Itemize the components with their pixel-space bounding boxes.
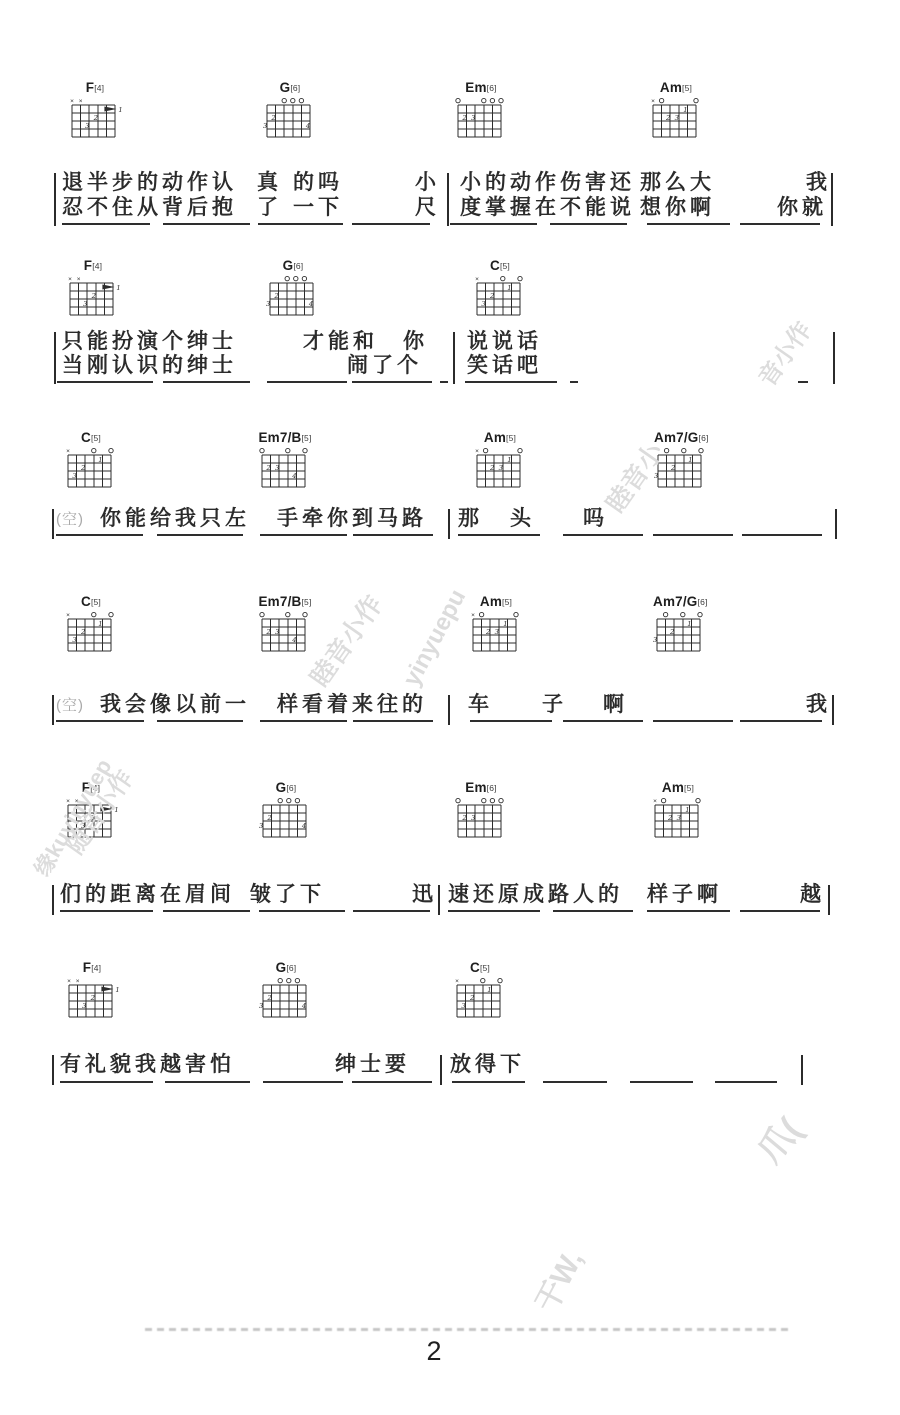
measure-barline [447,173,449,226]
melisma-underline [163,910,250,912]
melisma-underline [157,534,243,536]
open-string-marker [260,612,264,616]
melisma-underline [157,720,243,722]
muted-string-marker: × [455,978,459,985]
chord-grid: ××231 [66,273,126,319]
chord-name: Am[5] [473,430,527,445]
finger-number: 3 [83,300,87,308]
lyric-segment: 小 [415,172,440,193]
lyric-segment: 吗 [583,508,608,529]
finger-number: 2 [469,994,474,1002]
finger-number: 1 [98,456,102,464]
chord-fret-tag: [5] [502,597,512,607]
open-string-marker [699,448,703,452]
melisma-underline [470,720,552,722]
melisma-underline [550,223,627,225]
open-string-marker [482,98,486,102]
chord-diagram-g: G[6]234 [263,80,317,141]
open-string-marker [285,276,289,280]
open-string-marker [286,612,290,616]
chord-fret-tag: [5] [91,433,101,443]
lyric-segment: 闹了个 [347,355,422,376]
chord-name: Em[6] [454,780,508,795]
lyric-rest-marker: (空) [56,512,84,527]
muted-string-marker: × [471,612,475,619]
open-string-marker [295,798,299,802]
melisma-underline [352,223,430,225]
chord-fret-tag: [6] [699,433,709,443]
chord-fret-tag: [5] [301,597,311,607]
measure-barline [52,509,54,539]
melisma-underline [62,223,150,225]
lyric-segment: 退半步的动作认 [62,172,237,193]
chord-name: C[5] [453,960,507,975]
open-string-marker [291,98,295,102]
chord-grid: 123 [654,445,714,491]
finger-number: 3 [495,628,499,636]
lyric-segment: 真 [257,172,282,193]
lyric-segment: 有礼貌我越害怕 [60,1054,235,1075]
chord-name: C[5] [473,258,527,273]
lyric-segment: 啊 [603,694,628,715]
finger-number: 4 [301,822,306,830]
chord-name: Am[5] [469,594,523,609]
melisma-underline [260,534,347,536]
chord-grid: ×123 [64,609,124,655]
chord-diagram-am: Am[5]×123 [651,780,705,841]
lyric-segment: 只能扮演个绅士 [62,331,237,352]
lyric-segment: 皱了下 [250,884,325,905]
finger-number: 4 [291,472,296,480]
measure-barline [52,1055,54,1085]
chord-name: Am[5] [649,80,703,95]
chord-diagram-f: F[4]××231 [68,80,122,141]
open-string-marker [479,612,483,616]
chord-fret-tag: [4] [92,261,102,271]
open-string-marker [287,798,291,802]
chord-diagram-em7b: Em7/B[5]234 [258,430,312,491]
chord-diagram-c: C[5]×123 [64,594,118,655]
lyric-rest-marker: (空) [56,698,84,713]
chord-grid: 234 [266,273,326,319]
lyric-segment: 你 [403,331,428,352]
measure-barline [453,332,455,384]
measure-barline [52,695,54,725]
muted-string-marker: × [66,612,70,619]
muted-string-marker: × [75,798,79,805]
muted-string-marker: × [475,448,479,455]
lyric-segment: 绅士要 [335,1054,410,1075]
finger-number: 4 [291,636,296,644]
open-string-marker [659,98,663,102]
chord-grid: ×123 [473,445,533,491]
lyric-segment: 你就 [777,197,827,218]
chord-fret-tag: [6] [487,783,497,793]
chord-grid: 234 [259,795,319,841]
open-string-marker [295,978,299,982]
finger-number: 2 [80,464,85,472]
melisma-underline [742,534,822,536]
finger-number: 2 [265,628,270,636]
finger-number: 2 [670,464,675,472]
open-string-marker [282,98,286,102]
open-string-marker [456,798,460,802]
lyric-segment: 我 [806,172,831,193]
finger-number: 2 [461,114,466,122]
chord-fret-tag: [5] [480,963,490,973]
muted-string-marker: × [76,978,80,985]
chord-name: G[6] [259,780,313,795]
finger-number: 3 [471,114,475,122]
lyric-segment: 想你啊 [640,197,715,218]
open-string-marker [661,798,665,802]
open-string-marker [456,98,460,102]
melisma-underline [740,720,822,722]
chord-grid: 234 [258,609,318,655]
finger-number: 1 [503,620,507,628]
melisma-underline [563,534,643,536]
finger-number: 1 [116,284,120,292]
finger-number: 3 [677,814,681,822]
chord-fret-tag: [4] [94,83,104,93]
finger-number: 3 [275,628,279,636]
finger-number: 1 [688,456,692,464]
chord-name: G[6] [259,960,313,975]
chord-diagram-f: F[4]××231 [65,960,119,1021]
melisma-underline [647,223,730,225]
chord-diagram-em7b: Em7/B[5]234 [258,594,312,655]
finger-number: 3 [85,122,89,130]
lyric-segment: 了 [257,197,282,218]
finger-number: 2 [80,628,85,636]
chord-name: Em7/B[5] [258,430,312,445]
chord-name: G[6] [263,80,317,95]
melisma-underline [263,1081,343,1083]
finger-number: 1 [118,106,122,114]
melisma-underline [165,1081,250,1083]
lyric-segment: 手牵你到马路 [277,508,427,529]
lyric-segment: 样子啊 [647,884,722,905]
finger-number: 3 [72,636,76,644]
finger-number: 4 [305,122,310,130]
finger-number: 1 [487,986,491,994]
melisma-underline [60,910,153,912]
melisma-underline [653,534,733,536]
finger-number: 1 [507,456,511,464]
open-string-marker [694,98,698,102]
chord-name: F[4] [66,258,120,273]
open-string-marker [490,98,494,102]
lyric-segment: 忍不住从背后抱 [62,197,237,218]
lyric-segment: 你能给我只左 [100,508,250,529]
chord-fret-tag: [5] [500,261,510,271]
measure-barline [833,332,835,384]
finger-number: 1 [683,106,687,114]
open-string-marker [499,98,503,102]
finger-number: 3 [499,464,503,472]
lyric-segment: 越 [800,884,825,905]
lyric-segment: 的吗 [293,172,343,193]
melisma-underline [267,381,347,383]
chord-diagram-f: F[4]××231 [64,780,118,841]
finger-number: 3 [82,1002,86,1010]
muted-string-marker: × [70,98,74,105]
finger-number: 2 [461,814,466,822]
finger-number: 2 [266,994,271,1002]
open-string-marker [501,276,505,280]
melisma-underline [653,720,733,722]
open-string-marker [518,276,522,280]
open-string-marker [92,448,96,452]
open-string-marker [696,798,700,802]
chord-fret-tag: [6] [487,83,497,93]
lyric-segment: 说说话 [467,331,542,352]
melisma-underline [740,223,820,225]
open-string-marker [260,448,264,452]
lyric-segment: 头 [510,508,535,529]
finger-number: 2 [265,464,270,472]
lyric-segment: 车 [468,694,493,715]
finger-number: 4 [308,300,313,308]
melisma-underline [450,223,537,225]
open-string-marker [278,798,282,802]
muted-string-marker: × [66,798,70,805]
melisma-underline [258,223,343,225]
melisma-underline [353,720,433,722]
open-string-marker [498,978,502,982]
melisma-underline [352,1081,432,1083]
chord-diagram-g: G[6]234 [259,780,313,841]
melisma-underline [630,1081,693,1083]
chord-diagram-c: C[5]×123 [64,430,118,491]
finger-number: 3 [675,114,679,122]
open-string-marker [518,448,522,452]
watermark-fragment: yinyuepu [398,585,472,691]
muted-string-marker: × [68,276,72,283]
chord-grid: ×123 [64,445,124,491]
chord-diagram-g: G[6]234 [259,960,313,1021]
chord-name: Am7/G[6] [653,594,707,609]
finger-number: 2 [489,464,494,472]
melisma-underline [465,381,557,383]
chord-diagram-f: F[4]××231 [66,258,120,319]
open-string-marker [92,612,96,616]
lyric-segment: 样看着来往的 [277,694,427,715]
finger-number: 2 [270,114,275,122]
finger-number: 1 [507,284,511,292]
open-string-marker [287,978,291,982]
chord-grid: ×123 [649,95,709,141]
watermark-fragment: 干W, [522,1241,591,1319]
lyric-segment: 子 [542,694,567,715]
measure-barline [440,1055,442,1085]
open-string-marker [482,798,486,802]
open-string-marker [514,612,518,616]
chord-fret-tag: [6] [698,597,708,607]
muted-string-marker: × [653,798,657,805]
measure-barline [835,509,837,539]
chord-fret-tag: [5] [506,433,516,443]
finger-number: 1 [114,806,118,814]
chord-fret-tag: [6] [293,261,303,271]
finger-number: 3 [266,300,270,308]
finger-number: 3 [481,300,485,308]
chord-grid: 234 [258,445,318,491]
melisma-underline [458,534,540,536]
chord-fret-tag: [4] [91,963,101,973]
chord-grid: 234 [263,95,323,141]
measure-barline [438,885,440,915]
melisma-underline [57,381,153,383]
measure-barline [828,885,830,915]
chord-name: F[4] [64,780,118,795]
finger-number: 2 [669,628,674,636]
lyric-segment: 迅 [412,884,437,905]
chord-diagram-am7g: Am7/G[6]123 [653,594,707,655]
finger-number: 1 [685,806,689,814]
chord-diagram-c: C[5]×123 [453,960,507,1021]
lyric-segment: 我 [806,694,831,715]
chord-name: F[4] [65,960,119,975]
open-string-marker [299,98,303,102]
chord-grid: ××231 [68,95,128,141]
open-string-marker [303,448,307,452]
melisma-underline [56,534,143,536]
melisma-underline [260,720,347,722]
chord-name: F[4] [68,80,122,95]
measure-barline [448,509,450,539]
chord-diagram-em: Em[6]23 [454,780,508,841]
measure-barline [54,173,56,226]
chord-fret-tag: [6] [290,83,300,93]
open-string-marker [286,448,290,452]
finger-number: 3 [81,822,85,830]
open-string-marker [681,612,685,616]
lyric-segment: 一下 [293,197,343,218]
finger-number: 2 [93,114,98,122]
finger-number: 3 [259,1002,263,1010]
melisma-underline [798,381,808,383]
open-string-marker [303,612,307,616]
finger-number: 3 [654,472,658,480]
finger-number: 2 [485,628,490,636]
melisma-underline [440,381,448,383]
chord-fret-tag: [5] [682,83,692,93]
open-string-marker [663,612,667,616]
chord-fret-tag: [5] [301,433,311,443]
finger-number: 2 [273,292,278,300]
chord-grid: 23 [454,795,514,841]
melisma-underline [553,910,633,912]
open-string-marker [109,448,113,452]
chord-fret-tag: [5] [91,597,101,607]
lyric-segment: 速还原成路人的 [448,884,623,905]
chord-grid: 23 [454,95,514,141]
finger-number: 2 [90,994,95,1002]
chord-diagram-g: G[6]234 [266,258,320,319]
melisma-underline [570,381,578,383]
open-string-marker [483,448,487,452]
muted-string-marker: × [67,978,71,985]
finger-number: 2 [667,814,672,822]
muted-string-marker: × [651,98,655,105]
finger-number: 2 [665,114,670,122]
muted-string-marker: × [475,276,479,283]
melisma-underline [452,1081,525,1083]
lyric-segment: 尺 [415,197,440,218]
finger-number: 1 [115,986,119,994]
chord-grid: ××231 [65,975,125,1021]
chord-name: G[6] [266,258,320,273]
finger-number: 3 [275,464,279,472]
chord-diagram-em: Em[6]23 [454,80,508,141]
chord-name: Am7/G[6] [654,430,708,445]
open-string-marker [294,276,298,280]
melisma-underline [563,720,643,722]
finger-number: 3 [461,1002,465,1010]
lyric-segment: 那 [458,508,483,529]
lyric-segment: 放得下 [450,1054,525,1075]
chord-sheet-page: 2 F[4]××231G[6]234Em[6]23Am[5]×123退半步的动作… [0,0,900,1415]
finger-number: 3 [471,814,475,822]
chord-fret-tag: [5] [684,783,694,793]
finger-number: 4 [301,1002,306,1010]
lyric-segment: 小的动作伤害还 [460,172,635,193]
chord-grid: 234 [259,975,319,1021]
lyric-segment: 我会像以前一 [100,694,250,715]
chord-grid: ×123 [473,273,533,319]
chord-diagram-am: Am[5]×123 [649,80,703,141]
finger-number: 3 [259,822,263,830]
measure-barline [831,173,833,226]
lyric-segment: 们的距离在眉间 [60,884,235,905]
chord-fret-tag: [6] [286,963,296,973]
chord-grid: ××231 [64,795,124,841]
muted-string-marker: × [77,276,81,283]
finger-number: 3 [653,636,657,644]
measure-barline [801,1055,803,1085]
measure-barline [54,332,56,384]
chord-diagram-am: Am[5]×123 [473,430,527,491]
open-string-marker [481,978,485,982]
melisma-underline [647,910,730,912]
chord-grid: ×123 [651,795,711,841]
open-string-marker [278,978,282,982]
lyric-segment: 度掌握在不能说 [460,197,635,218]
footer-print-artifact [145,1328,793,1331]
chord-grid: 123 [653,609,713,655]
finger-number: 2 [266,814,271,822]
measure-barline [832,695,834,725]
open-string-marker [682,448,686,452]
melisma-underline [448,910,540,912]
chord-name: C[5] [64,594,118,609]
open-string-marker [109,612,113,616]
open-string-marker [698,612,702,616]
finger-number: 2 [489,292,494,300]
melisma-underline [60,1081,153,1083]
chord-diagram-am: Am[5]×123 [469,594,523,655]
melisma-underline [259,910,345,912]
open-string-marker [302,276,306,280]
muted-string-marker: × [66,448,70,455]
finger-number: 3 [72,472,76,480]
melisma-underline [543,1081,607,1083]
lyric-segment: 才能和 [303,331,378,352]
lyric-segment: 当刚认识的绅士 [62,355,237,376]
melisma-underline [352,381,432,383]
chord-diagram-c: C[5]×123 [473,258,527,319]
